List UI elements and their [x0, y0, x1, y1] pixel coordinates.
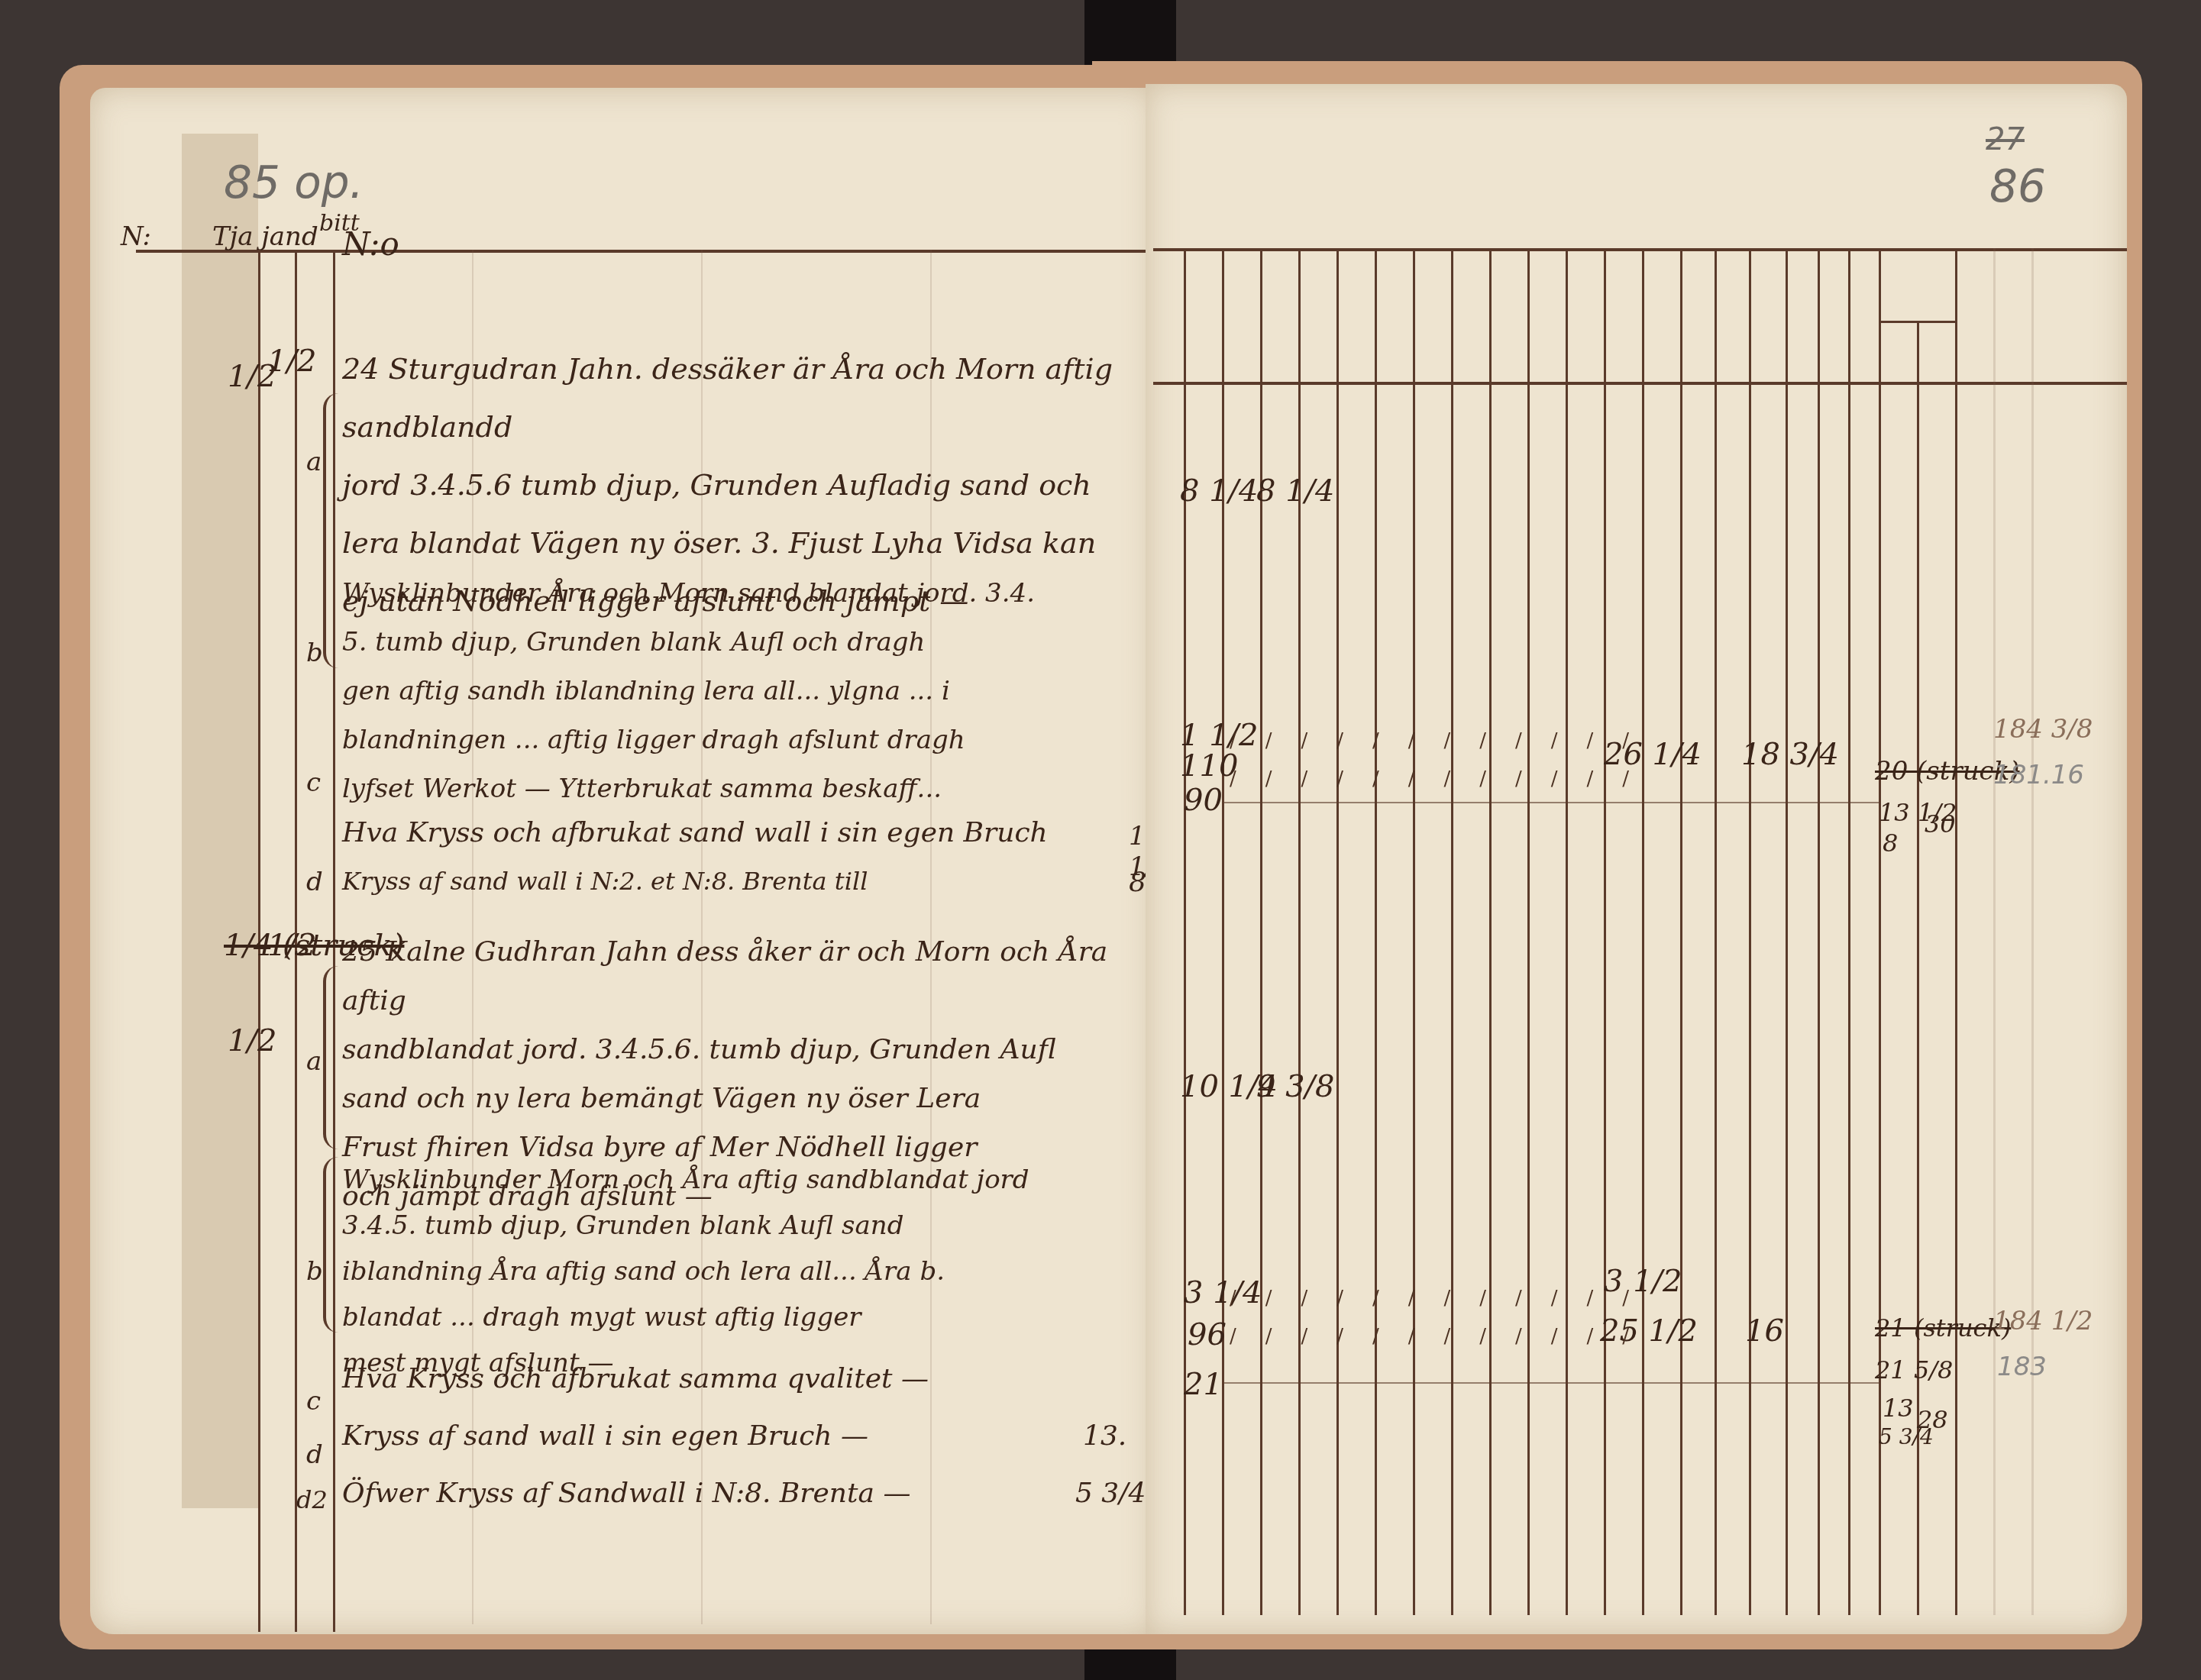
left-page: 85 op. N: Tja jand bitt N:o 1/2 1/2 1/4 … [90, 88, 1155, 1634]
margin-total-25-pencil: 183 [1997, 1352, 2047, 1382]
column-rule [1680, 248, 1682, 1615]
value-24-total-4: 8 [1883, 829, 1898, 858]
column-rule [1298, 248, 1301, 1615]
column-rule [1566, 248, 1568, 1615]
margin-fraction: 1/2 [267, 928, 316, 963]
column-rule [1749, 248, 1751, 1615]
header-col-n: N: [121, 221, 151, 252]
entry-24-brace [323, 393, 341, 668]
column-rule [1786, 248, 1788, 1615]
row-rule-24 [1222, 802, 1879, 803]
margin-fraction: 1/2 [228, 1023, 276, 1058]
value-24c: 90 [1184, 783, 1223, 818]
column-rule [1818, 248, 1820, 1615]
entry-25-c-text: Hva Kryss och afbrukat samma qvalitet — [342, 1363, 929, 1394]
entry-24-letter-b: b [306, 638, 323, 668]
entry-25-d2-text: Öfwer Kryss af Sandwall i N:8. Brenta — [342, 1478, 910, 1509]
column-rule [1451, 248, 1453, 1615]
entry-24-letter-c: c [306, 767, 321, 798]
line: iblandning Åra aftig sand och lera all..… [342, 1249, 1152, 1294]
entry-24-letter-d: d [306, 867, 323, 897]
margin-total-24-pencil: 181.16 [1993, 760, 2084, 790]
column-rule [1336, 248, 1339, 1615]
faint-line [1993, 248, 1996, 1615]
tick-row: //////////// [1230, 729, 1658, 752]
entry-25-b-text: Wysklinbunder Morn och Åra aftig sandbla… [342, 1157, 1152, 1386]
line: sand och ny lera bemängt Vägen ny öser L… [342, 1074, 1152, 1123]
value-24-total-5: 30 [1925, 809, 1956, 838]
value-25-total-5: 28 [1917, 1405, 1948, 1434]
margin-total-25-ink: 184 1/2 [1993, 1306, 2093, 1336]
column-rule [1604, 248, 1606, 1615]
line: sandblandat jord. 3.4.5.6. tumb djup, Gr… [342, 1026, 1152, 1074]
line: jord 3.4.5.6 tumb djup, Grunden Aufladig… [342, 456, 1152, 514]
value-25a-2: 9 3/8 [1256, 1069, 1335, 1104]
line: lera blandat Vägen ny öser. 3. Fjust Lyh… [342, 514, 1152, 572]
faint-line [2031, 248, 2034, 1615]
line: 25 Kalne Gudhran Jahn dess åker är och M… [342, 928, 1152, 1026]
column-rule [1527, 248, 1530, 1615]
value-25-total-1: 21 (struck) [1875, 1313, 2011, 1342]
right-page: 27 86 8 1/4 8 1/4 1 1/2 110 26 1/4 18 3/… [1146, 84, 2127, 1634]
column-rule [1222, 248, 1224, 1615]
column-rule [1413, 248, 1415, 1615]
pencil-folio-right: 86 [1989, 160, 2046, 212]
value-24b2-12: 18 3/4 [1741, 737, 1839, 772]
entry-25-letter-c: c [306, 1386, 321, 1417]
value-25-total-2: 21 5/8 [1875, 1355, 1953, 1384]
value-25b2-1: 96 [1188, 1317, 1227, 1352]
line: 3.4.5. tumb djup, Grunden blank Aufl san… [342, 1203, 1152, 1249]
entry-25-brace-b [323, 1157, 341, 1333]
line: Wysklinbunder Morn och Åra aftig sandbla… [342, 1157, 1152, 1203]
value-25-total-3: 13 [1883, 1394, 1914, 1423]
entry-25-letter-d2: d2 [296, 1485, 328, 1514]
column-rule [1184, 248, 1186, 1615]
pencil-folio-struck: 27 [1986, 122, 2025, 157]
entry-25-letter-b: b [306, 1256, 323, 1287]
entry-25-letter-a: a [306, 1046, 322, 1077]
pencil-folio-left: 85 op. [224, 157, 364, 208]
entry-25-letter-d: d [306, 1439, 323, 1470]
tick-row: //////////// [1230, 1325, 1658, 1348]
header-col-tjajand: Tja jand [212, 221, 318, 252]
tick-row: //////////// [1230, 1287, 1658, 1310]
column-rule [1642, 248, 1644, 1615]
column-rule [1848, 248, 1850, 1615]
line: 24 Sturgudran Jahn. dessäker är Åra och … [342, 340, 1152, 456]
column-rule [1715, 248, 1717, 1615]
entry-25-d-value: 13. [1083, 1420, 1126, 1452]
entry-24-b-text: Wysklinbunder Åra och Morn sand blandat … [342, 569, 1152, 813]
row-rule-25 [1222, 1382, 1879, 1384]
entry-25-d2-value: 5 3/4 [1075, 1478, 1146, 1509]
entry-25-d-text: Kryss af sand wall i sin egen Bruch — [342, 1420, 868, 1452]
line: blandat ... dragh mygt wust aftig ligger [342, 1294, 1152, 1340]
line: blandningen ... aftig ligger dragh afslu… [342, 716, 1152, 764]
margin-fraction: 1/2 [267, 344, 316, 379]
value-25b2-12: 16 [1745, 1313, 1784, 1349]
column-rule [1260, 248, 1262, 1615]
margin-total-24-ink: 184 3/8 [1993, 714, 2093, 745]
line: lyfset Werkot — Ytterbrukat samma beskaf… [342, 764, 1152, 813]
line: 5. tumb djup, Grunden blank Aufl och dra… [342, 618, 1152, 667]
column-rule [1955, 248, 1957, 1615]
entry-25-brace [323, 966, 341, 1149]
entry-24-d-text: Kryss af sand wall i N:2. et N:8. Brenta… [342, 867, 868, 896]
value-24a-1: 8 1/4 [1180, 473, 1259, 509]
column-rule [1879, 248, 1881, 1615]
header-col-no: N:o [342, 225, 399, 263]
column-rule [1375, 248, 1377, 1615]
value-24a-2: 8 1/4 [1256, 473, 1335, 509]
entry-24-letter-a: a [306, 447, 322, 477]
entry-24-c-text: Hva Kryss och afbrukat sand wall i sin e… [342, 817, 1048, 848]
line: gen aftig sandh iblandning lera all... y… [342, 667, 1152, 716]
column-rule [1489, 248, 1492, 1615]
tick-row: //////////// [1230, 767, 1658, 790]
value-25c: 21 [1184, 1367, 1223, 1402]
repair-tape [182, 134, 258, 1508]
line: Wysklinbunder Åra och Morn sand blandat … [342, 569, 1152, 618]
